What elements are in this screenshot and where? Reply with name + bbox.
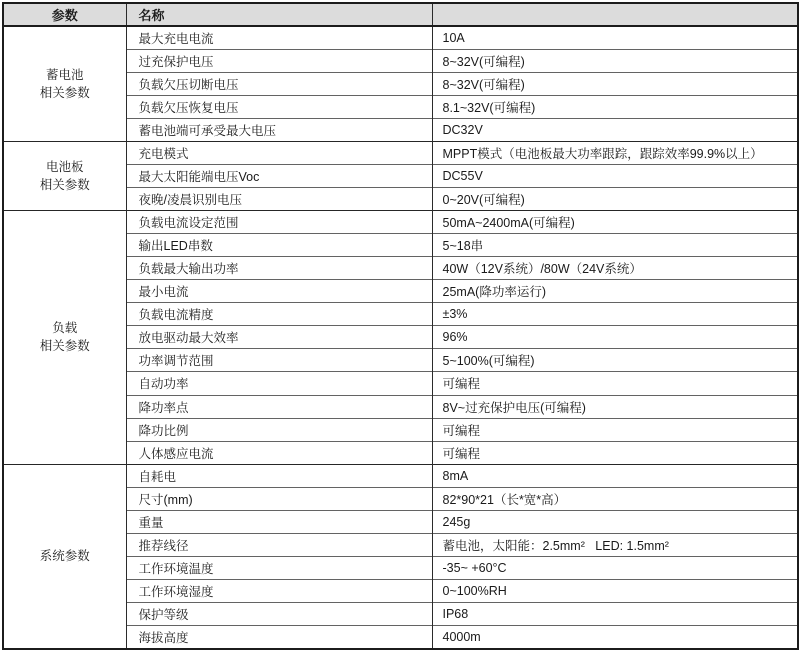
param-value: 4000m bbox=[432, 625, 798, 649]
param-name: 自耗电 bbox=[126, 464, 432, 487]
param-value: 8~32V(可编程) bbox=[432, 50, 798, 73]
header-cell-name: 名称 bbox=[126, 3, 432, 26]
header-row: 参数 名称 bbox=[3, 3, 798, 26]
param-name: 重量 bbox=[126, 510, 432, 533]
param-name: 保护等级 bbox=[126, 602, 432, 625]
table-row: 负载 相关参数负载电流设定范围50mA~2400mA(可编程) bbox=[3, 211, 798, 234]
param-name: 夜晚/凌晨识别电压 bbox=[126, 188, 432, 211]
param-value: 0~20V(可编程) bbox=[432, 188, 798, 211]
param-value: 245g bbox=[432, 510, 798, 533]
param-value: 0~100%RH bbox=[432, 579, 798, 602]
param-name: 蓄电池端可承受最大电压 bbox=[126, 119, 432, 142]
group-label: 负载 相关参数 bbox=[3, 211, 126, 464]
param-value: 可编程 bbox=[432, 441, 798, 464]
group-label: 系统参数 bbox=[3, 464, 126, 649]
spec-table-body: 蓄电池 相关参数最大充电电流10A过充保护电压8~32V(可编程)负载欠压切断电… bbox=[3, 26, 798, 649]
param-name: 放电驱动最大效率 bbox=[126, 326, 432, 349]
param-value: ±3% bbox=[432, 303, 798, 326]
param-value: DC55V bbox=[432, 165, 798, 188]
param-value: 96% bbox=[432, 326, 798, 349]
param-name: 过充保护电压 bbox=[126, 50, 432, 73]
param-name: 尺寸(mm) bbox=[126, 487, 432, 510]
param-name: 负载电流精度 bbox=[126, 303, 432, 326]
param-value: 可编程 bbox=[432, 418, 798, 441]
param-value: 8V~过充保护电压(可编程) bbox=[432, 395, 798, 418]
table-row: 系统参数自耗电8mA bbox=[3, 464, 798, 487]
param-name: 工作环境湿度 bbox=[126, 579, 432, 602]
param-value: 5~100%(可编程) bbox=[432, 349, 798, 372]
param-name: 充电模式 bbox=[126, 142, 432, 165]
param-value: 10A bbox=[432, 26, 798, 50]
param-value: 蓄电池，太阳能：2.5mm² LED: 1.5mm² bbox=[432, 533, 798, 556]
param-value: DC32V bbox=[432, 119, 798, 142]
param-name: 降功率点 bbox=[126, 395, 432, 418]
param-name: 负载欠压切断电压 bbox=[126, 73, 432, 96]
param-name: 降功比例 bbox=[126, 418, 432, 441]
param-name: 自动功率 bbox=[126, 372, 432, 395]
param-name: 负载欠压恢复电压 bbox=[126, 96, 432, 119]
spec-table: 参数 名称 蓄电池 相关参数最大充电电流10A过充保护电压8~32V(可编程)负… bbox=[2, 2, 799, 650]
param-value: 82*90*21（长*宽*高） bbox=[432, 487, 798, 510]
param-value: 可编程 bbox=[432, 372, 798, 395]
header-cell-value bbox=[432, 3, 798, 26]
param-name: 最大太阳能端电压Voc bbox=[126, 165, 432, 188]
param-name: 海拔高度 bbox=[126, 625, 432, 649]
table-row: 电池板 相关参数充电模式MPPT模式（电池板最大功率跟踪，跟踪效率99.9%以上… bbox=[3, 142, 798, 165]
spec-table-header: 参数 名称 bbox=[3, 3, 798, 26]
param-name: 输出LED串数 bbox=[126, 234, 432, 257]
param-value: 5~18串 bbox=[432, 234, 798, 257]
param-value: MPPT模式（电池板最大功率跟踪，跟踪效率99.9%以上） bbox=[432, 142, 798, 165]
param-name: 功率调节范围 bbox=[126, 349, 432, 372]
param-value: 8mA bbox=[432, 464, 798, 487]
param-value: 8~32V(可编程) bbox=[432, 73, 798, 96]
table-row: 蓄电池 相关参数最大充电电流10A bbox=[3, 26, 798, 50]
param-name: 人体感应电流 bbox=[126, 441, 432, 464]
group-label: 电池板 相关参数 bbox=[3, 142, 126, 211]
param-name: 最大充电电流 bbox=[126, 26, 432, 50]
param-value: 50mA~2400mA(可编程) bbox=[432, 211, 798, 234]
param-name: 最小电流 bbox=[126, 280, 432, 303]
param-value: 8.1~32V(可编程) bbox=[432, 96, 798, 119]
param-name: 负载电流设定范围 bbox=[126, 211, 432, 234]
group-label: 蓄电池 相关参数 bbox=[3, 26, 126, 142]
header-cell-param: 参数 bbox=[3, 3, 126, 26]
param-name: 负载最大输出功率 bbox=[126, 257, 432, 280]
param-value: 40W（12V系统）/80W（24V系统） bbox=[432, 257, 798, 280]
param-value: 25mA(降功率运行) bbox=[432, 280, 798, 303]
param-name: 工作环境温度 bbox=[126, 556, 432, 579]
param-name: 推荐线径 bbox=[126, 533, 432, 556]
param-value: IP68 bbox=[432, 602, 798, 625]
param-value: -35~ +60°C bbox=[432, 556, 798, 579]
